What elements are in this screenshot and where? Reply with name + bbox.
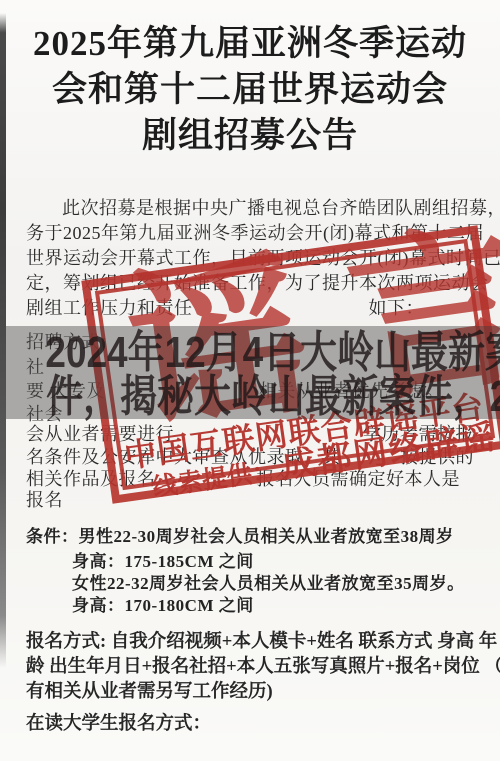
signup-line: 有相关从业者需另写工作经历) <box>26 681 474 703</box>
headline-text: 2024年12月4日大岭山最新案 <box>45 331 500 375</box>
doc-title-line-1: 2025年第九届亚洲冬季运动 <box>0 24 500 64</box>
doc-title-line-2: 会和第十二届世界运动会 <box>0 70 500 110</box>
headline-line-1: 2024年12月4日大岭山最新案 <box>0 331 500 375</box>
signup-line: 在读大学生报名方式： <box>26 713 474 735</box>
conditions-line: 身高：175-185CM 之间 <box>26 551 474 573</box>
conditions-line: 身高：170-180CM 之间 <box>26 595 474 617</box>
conditions-line: 条件：男性22-30周岁社会人员相关从业者放宽至38周岁 <box>26 526 474 548</box>
signup-line: 报名方式: 自我介绍视频+本人模卡+姓名 联系方式 身高 年 <box>26 631 474 653</box>
headline-text: 件，揭秘大岭山最新案件，20 <box>46 375 500 419</box>
conditions-line: 女性22-32周岁社会人员相关从业者放宽至35周岁。 <box>26 573 474 595</box>
signup-line: 龄 出生年月日+报名社招+本人五张写真照片+报名+岗位 （如 <box>26 656 474 678</box>
doc-title-line-3: 剧组招募公告 <box>0 116 500 156</box>
headline-line-2: 件，揭秘大岭山最新案件，20 <box>0 375 500 419</box>
photo-edge-shadow <box>0 13 6 668</box>
article-cover-image: 2025年第九届亚洲冬季运动 会和第十二届世界运动会 剧组招募公告 此次招募是根… <box>0 0 500 761</box>
